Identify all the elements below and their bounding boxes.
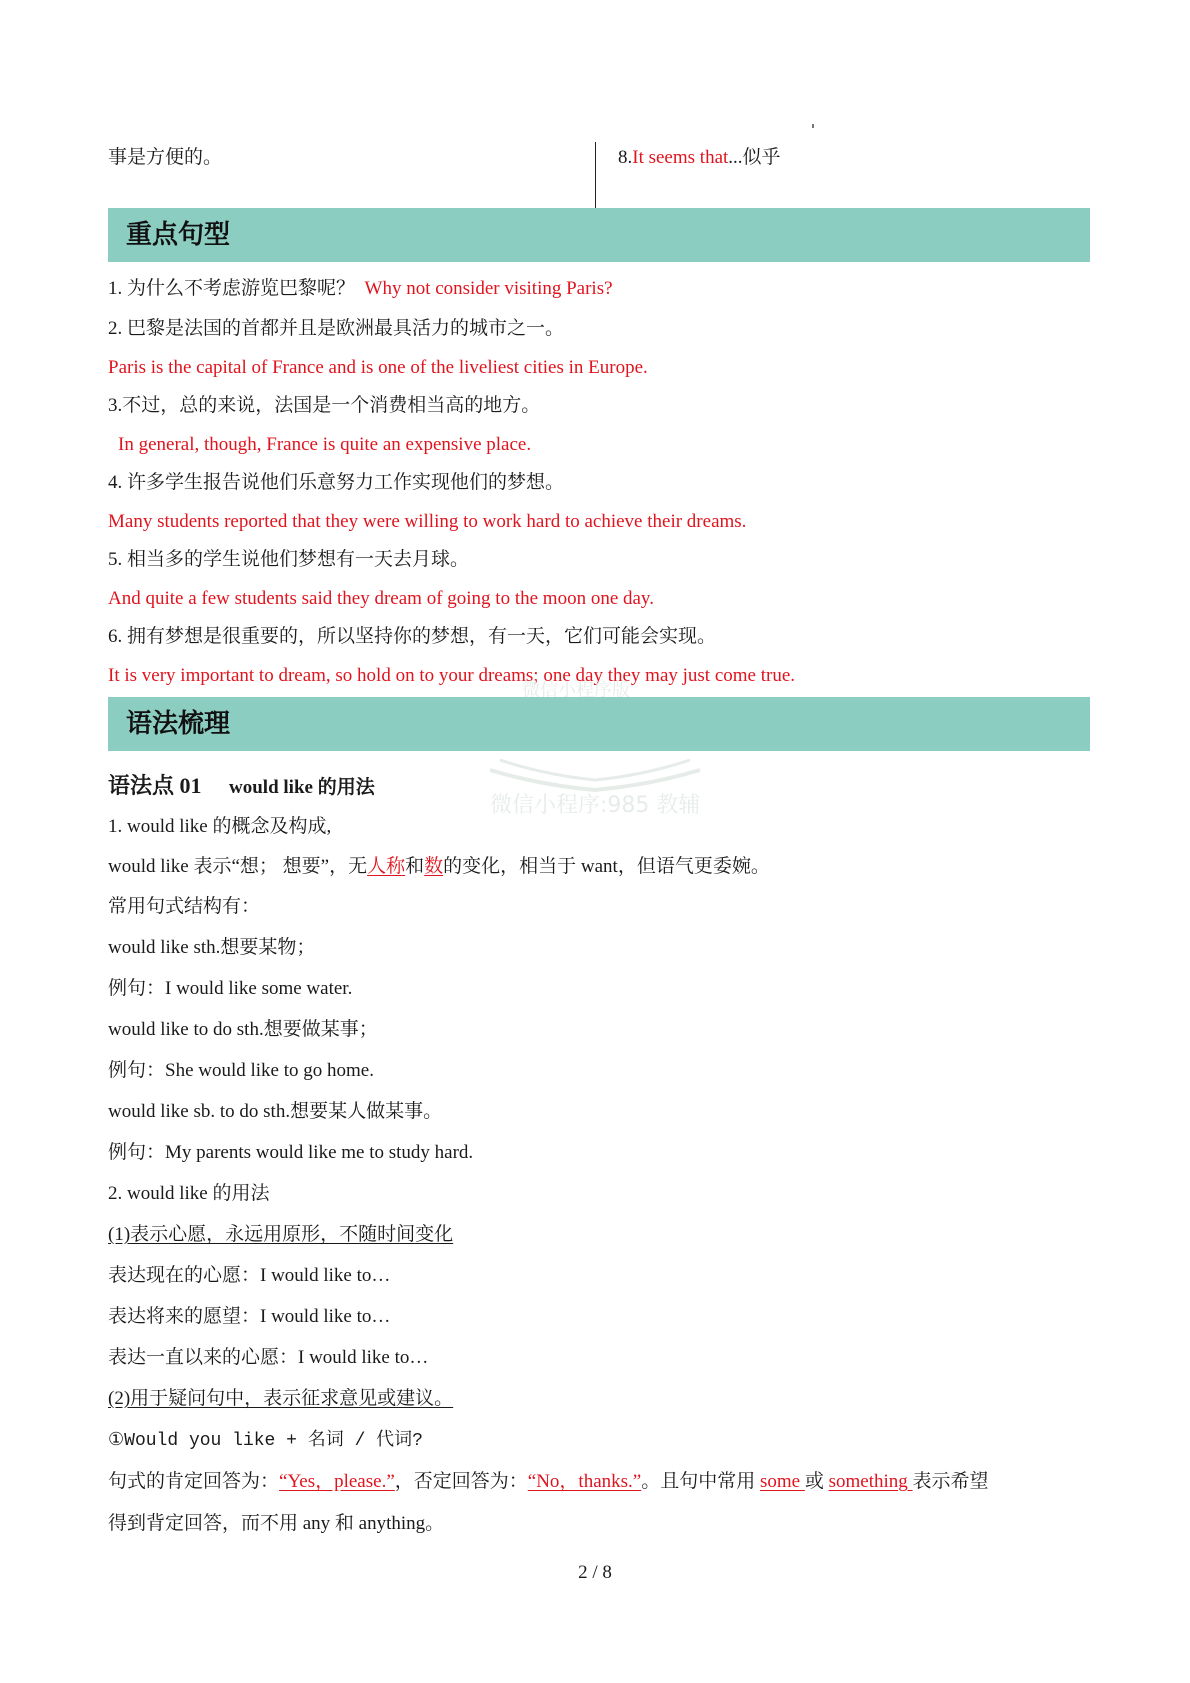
sentence-5-en: And quite a few students said they dream…: [108, 587, 654, 611]
grammar-line: would like sth.想要某物；: [108, 936, 315, 960]
grammar-line: 例句：She would like to go home.: [108, 1059, 374, 1083]
grammar-line: 表达现在的心愿：I would like to…: [108, 1264, 390, 1288]
sentence-6-en: It is very important to dream, so hold o…: [108, 664, 795, 688]
grammar-line: 常用句式结构有：: [108, 895, 260, 919]
grammar-subheading: (2)用于疑问句中，表示征求意见或建议。: [108, 1387, 453, 1411]
grammar-line: 句式的肯定回答为：“Yes，please.”，否定回答为：“No，thanks.…: [108, 1470, 989, 1494]
sentence-6-cn: 6. 拥有梦想是很重要的，所以坚持你的梦想，有一天，它们可能会实现。: [108, 625, 716, 649]
grammar-line: 2. would like 的用法: [108, 1182, 270, 1206]
sentence-3-cn: 3.不过，总的来说，法国是一个消费相当高的地方。: [108, 394, 540, 418]
section-title: 语法梳理: [126, 707, 230, 741]
grammar-line: 1. would like 的概念及构成,: [108, 815, 331, 839]
table-left-cell: 事是方便的。: [108, 146, 222, 170]
grammar-line: 得到背定回答，而不用 any 和 anything。: [108, 1512, 444, 1536]
sentence-1: 1. 为什么不考虑游览巴黎呢？ Why not consider visitin…: [108, 277, 613, 301]
grammar-point-heading: 语法点 01 would like 的用法: [108, 772, 375, 802]
grammar-line: 例句：I would like some water.: [108, 977, 352, 1001]
grammar-line: 表达一直以来的心愿：I would like to…: [108, 1346, 428, 1370]
sentence-3-en: In general, though, France is quite an e…: [118, 433, 531, 457]
grammar-subheading: (1)表示心愿，永远用原形，不随时间变化: [108, 1223, 453, 1247]
scan-artifact: [812, 124, 814, 128]
sentence-5-cn: 5. 相当多的学生说他们梦想有一天去月球。: [108, 548, 469, 572]
section-banner-grammar: 语法梳理: [108, 697, 1090, 751]
sentence-2-en: Paris is the capital of France and is on…: [108, 356, 648, 380]
grammar-line: would like to do sth.想要做某事；: [108, 1018, 378, 1042]
sentence-4-en: Many students reported that they were wi…: [108, 510, 746, 534]
section-banner-key-sentences: 重点句型: [108, 208, 1090, 262]
sentence-4-cn: 4. 许多学生报告说他们乐意努力工作实现他们的梦想。: [108, 471, 564, 495]
grammar-line: would like 表示“想； 想要”，无人称和数的变化，相当于 want，但…: [108, 855, 770, 879]
grammar-line: 表达将来的愿望：I would like to…: [108, 1305, 390, 1329]
page-number: 2 / 8: [0, 1562, 1190, 1584]
watermark-bottom: 微信小程序:985 教辅: [490, 788, 700, 819]
grammar-line: would like sb. to do sth.想要某人做某事。: [108, 1100, 442, 1124]
grammar-pattern: ①Would you like + 名词 / 代词?: [108, 1429, 423, 1453]
section-title: 重点句型: [126, 218, 230, 252]
table-divider: [595, 142, 596, 208]
grammar-line: 例句：My parents would like me to study har…: [108, 1141, 473, 1165]
sentence-2-cn: 2. 巴黎是法国的首都并且是欧洲最具活力的城市之一。: [108, 317, 564, 341]
table-right-cell: 8.It seems that...似乎: [618, 146, 781, 170]
